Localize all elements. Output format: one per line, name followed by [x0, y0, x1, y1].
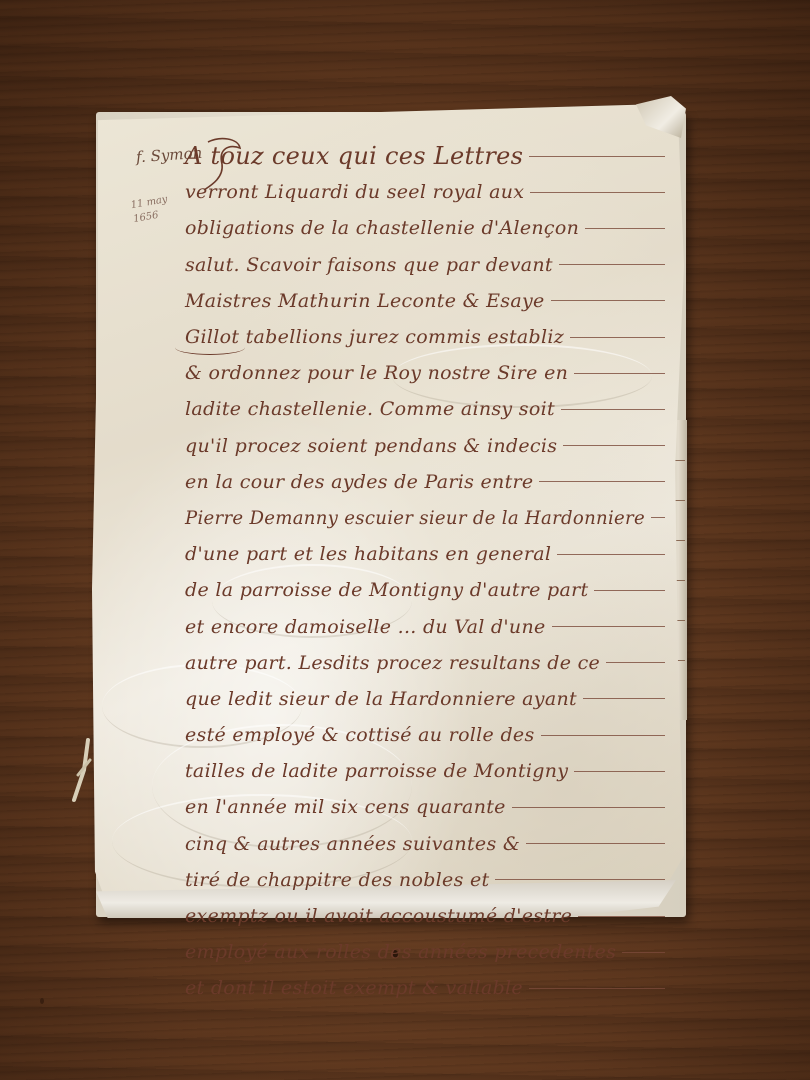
- line-filler-dash: [526, 843, 665, 844]
- manuscript-text: A touz ceux qui ces Lettres verront Liqu…: [185, 138, 675, 1007]
- manuscript-line: verront Liquardi du seel royal aux: [185, 174, 675, 210]
- manuscript-line: salut. Scavoir faisons que par devant: [185, 247, 675, 283]
- manuscript-line: obligations de la chastellenie d'Alençon: [185, 210, 675, 246]
- line-filler-dash: [561, 409, 665, 410]
- line-filler-dash: [585, 228, 665, 229]
- manuscript-line: tailles de ladite parroisse de Montigny: [185, 753, 675, 789]
- line-filler-dash: [574, 373, 665, 374]
- manuscript-line: en la cour des aydes de Paris entre: [185, 464, 675, 500]
- line-filler-dash: [541, 735, 665, 736]
- line-filler-dash: [570, 337, 665, 338]
- manuscript-line: Maistres Mathurin Leconte & Esaye: [185, 283, 675, 319]
- manuscript-line: d'une part et les habitans en general: [185, 536, 675, 572]
- manuscript-line: et dont il estoit exempt & vallable: [185, 970, 675, 1006]
- line-filler-dash: [539, 481, 665, 482]
- manuscript-line: et encore damoiselle ... du Val d'une: [185, 608, 675, 644]
- manuscript-line: A touz ceux qui ces Lettres: [185, 138, 675, 174]
- line-filler-dash: [578, 916, 665, 917]
- line-filler-dash: [530, 192, 665, 193]
- line-filler-dash: [563, 445, 665, 446]
- line-filler-dash: [551, 300, 665, 301]
- manuscript-line: employé aux rolles des années precedente…: [185, 934, 675, 970]
- line-filler-dash: [495, 879, 665, 880]
- line-filler-dash: [557, 554, 665, 555]
- line-filler-dash: [574, 771, 665, 772]
- manuscript-line: Gillot tabellions jurez commis establiz: [185, 319, 675, 355]
- line-filler-dash: [529, 988, 665, 989]
- binding-tie-icon: [66, 730, 96, 810]
- manuscript-line: cinq & autres années suivantes &: [185, 826, 675, 862]
- manuscript-line: & ordonnez pour le Roy nostre Sire en: [185, 355, 675, 391]
- line-filler-dash: [512, 807, 665, 808]
- manuscript-line: autre part. Lesdits procez resultans de …: [185, 645, 675, 681]
- manuscript-line: Pierre Demanny escuier sieur de la Hardo…: [185, 500, 675, 536]
- manuscript-line: de la parroisse de Montigny d'autre part: [185, 572, 675, 608]
- line-filler-dash: [606, 662, 665, 663]
- line-filler-dash: [583, 698, 665, 699]
- manuscript-line: tiré de chappitre des nobles et: [185, 862, 675, 898]
- line-filler-dash: [529, 156, 665, 157]
- line-filler-dash: [559, 264, 665, 265]
- manuscript-line: esté employé & cottisé au rolle des: [185, 717, 675, 753]
- manuscript-line: que ledit sieur de la Hardonniere ayant: [185, 681, 675, 717]
- line-filler-dash: [622, 952, 665, 953]
- line-filler-dash: [651, 517, 665, 518]
- line-filler-dash: [594, 590, 665, 591]
- manuscript-line: exemptz ou il avoit accoustumé d'estre: [185, 898, 675, 934]
- manuscript-line: qu'il procez soient pendans & indecis: [185, 428, 675, 464]
- manuscript-line: ladite chastellenie. Comme ainsy soit: [185, 391, 675, 427]
- manuscript-line: en l'année mil six cens quarante: [185, 789, 675, 825]
- wood-mark: [40, 998, 44, 1004]
- line-filler-dash: [552, 626, 665, 627]
